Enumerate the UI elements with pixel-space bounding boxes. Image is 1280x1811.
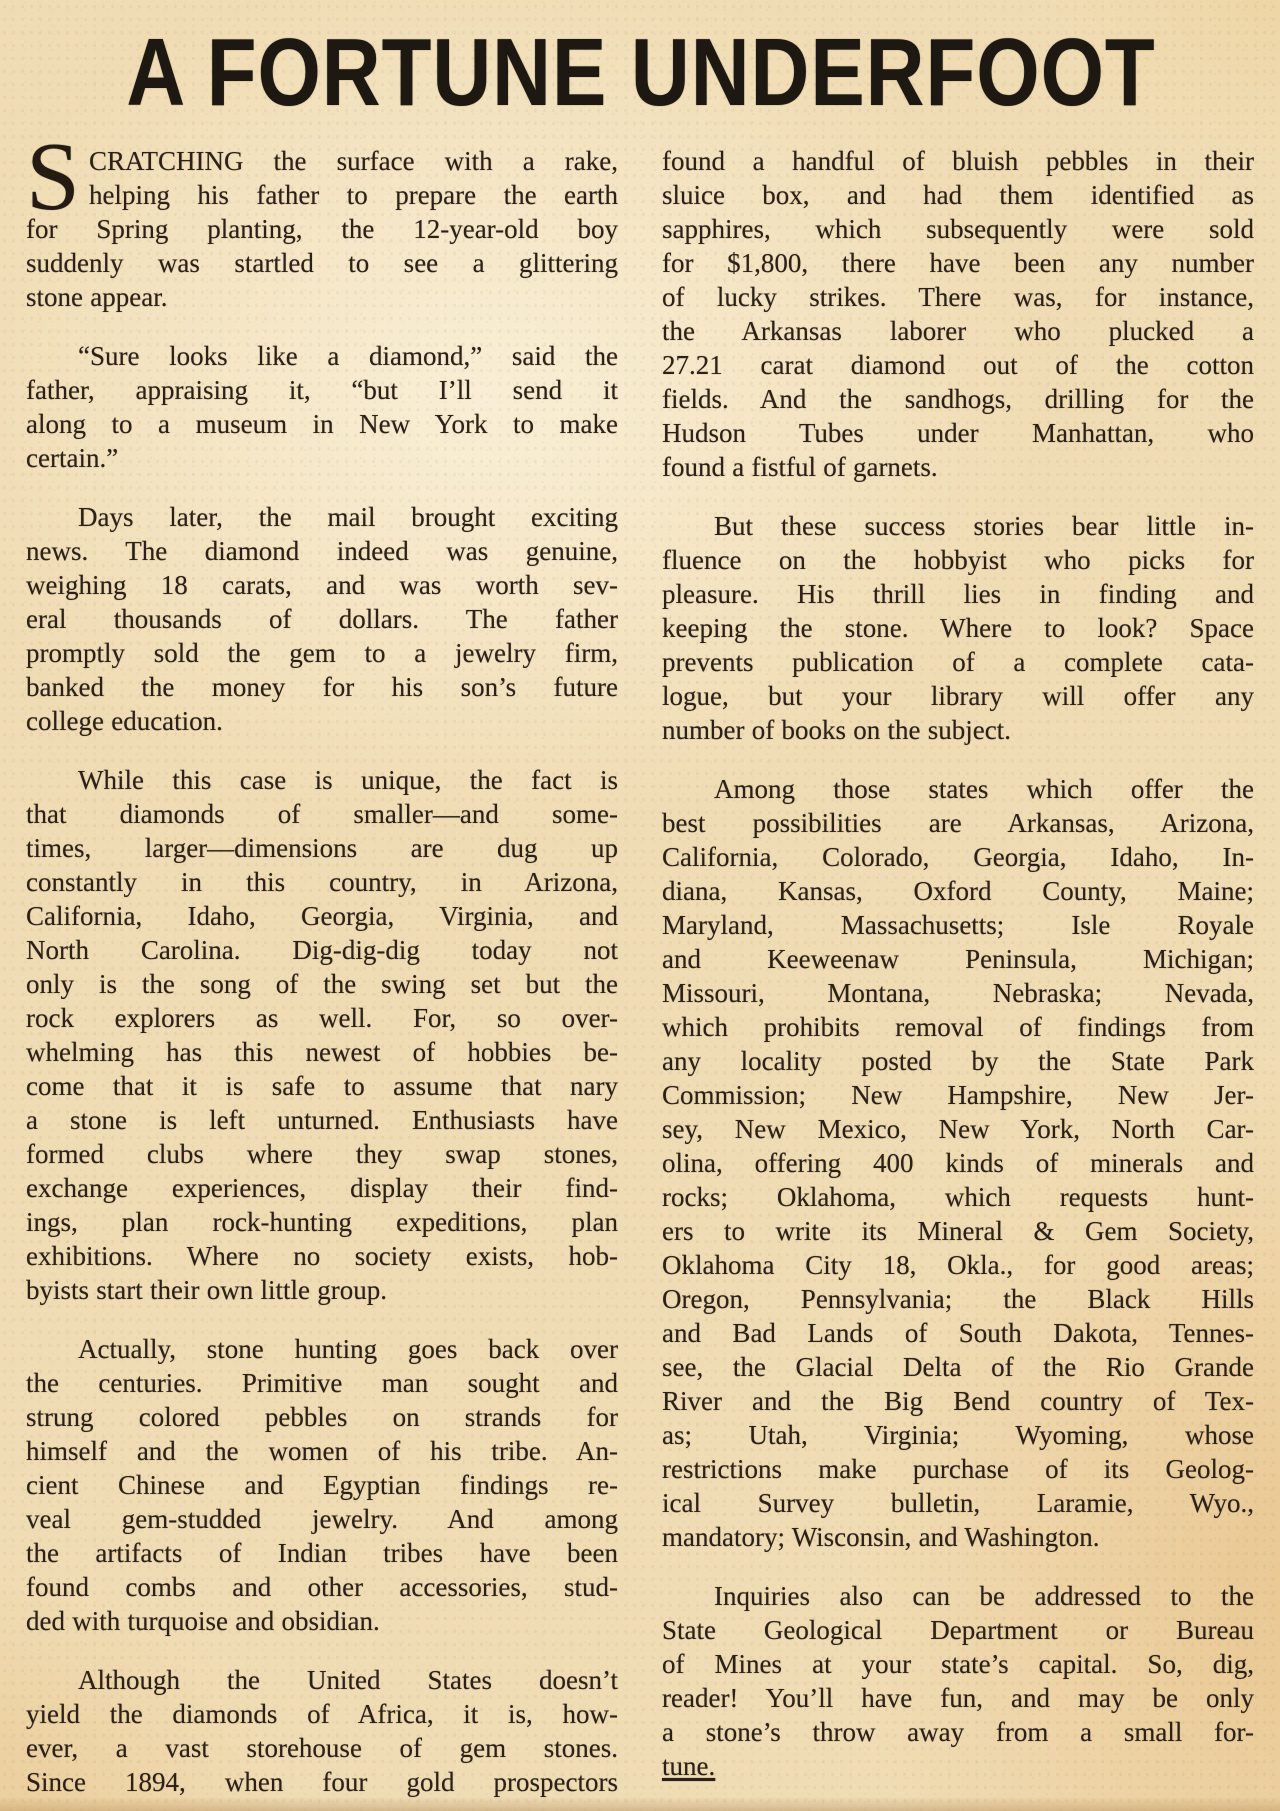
text-line: strung colored pebbles on strands for	[26, 1400, 618, 1434]
text-line: Among those states which offer the	[662, 772, 1254, 806]
paragraph-intro: S CRATCHING the surface with a rake, hel…	[26, 144, 618, 314]
magazine-page: A FORTUNE UNDERFOOT S CRATCHING the surf…	[0, 0, 1280, 1811]
text-line: veal gem-studded jewelry. And among	[26, 1502, 618, 1536]
text-line: of Mines at your state’s capital. So, di…	[662, 1647, 1254, 1681]
text-line: ever, a vast storehouse of gem stones.	[26, 1731, 618, 1765]
text-line: the centuries. Primitive man sought and	[26, 1366, 618, 1400]
text-line: Actually, stone hunting goes back over	[26, 1332, 618, 1366]
two-column-text: S CRATCHING the surface with a rake, hel…	[26, 144, 1256, 1799]
text-line: banked the money for his son’s future	[26, 670, 618, 704]
paragraph: Among those states which offer the best …	[662, 772, 1254, 1554]
text-line: for Spring planting, the 12-year-old boy	[26, 212, 618, 246]
dropcap-letter: S	[26, 148, 80, 212]
text-line: cient Chinese and Egyptian findings re-	[26, 1468, 618, 1502]
text-line: “Sure looks like a diamond,” said the	[26, 339, 618, 373]
text-line: certain.”	[26, 441, 618, 475]
text-line: of lucky strikes. There was, for instanc…	[662, 280, 1254, 314]
text-line: any locality posted by the State Park	[662, 1044, 1254, 1078]
text-line: keeping the stone. Where to look? Space	[662, 611, 1254, 645]
text-line: Although the United States doesn’t	[26, 1663, 618, 1697]
text-line: Days later, the mail brought exciting	[26, 500, 618, 534]
text-line: restrictions make purchase of its Geolog…	[662, 1452, 1254, 1486]
text-line: for $1,800, there have been any number	[662, 246, 1254, 280]
paragraph-closing: Inquiries also can be addressed to the S…	[662, 1579, 1254, 1783]
text-line: fields. And the sandhogs, drilling for t…	[662, 382, 1254, 416]
text-line: mandatory; Wisconsin, and Washington.	[662, 1520, 1254, 1554]
left-column: S CRATCHING the surface with a rake, hel…	[26, 144, 618, 1799]
paragraph: But these success stories bear little in…	[662, 509, 1254, 747]
text-line: Oklahoma City 18, Okla., for good areas;	[662, 1248, 1254, 1282]
text-line: sapphires, which subsequently were sold	[662, 212, 1254, 246]
text-line: suddenly was startled to see a glitterin…	[26, 246, 618, 280]
text-line: ers to write its Mineral & Gem Society,	[662, 1214, 1254, 1248]
text-line: prevents publication of a complete cata-	[662, 645, 1254, 679]
text-line: college education.	[26, 704, 618, 738]
text-line: the Arkansas laborer who plucked a	[662, 314, 1254, 348]
article-title: A FORTUNE UNDERFOOT	[44, 24, 1237, 120]
text-line: stone appear.	[26, 280, 618, 314]
text-line: pleasure. His thrill lies in finding and	[662, 577, 1254, 611]
text-line: Hudson Tubes under Manhattan, who	[662, 416, 1254, 450]
text-line: ical Survey bulletin, Laramie, Wyo.,	[662, 1486, 1254, 1520]
paragraph: While this case is unique, the fact is t…	[26, 763, 618, 1307]
text-line: sey, New Mexico, New York, North Car-	[662, 1112, 1254, 1146]
text-line: news. The diamond indeed was genuine,	[26, 534, 618, 568]
text-line: ded with turquoise and obsidian.	[26, 1604, 618, 1638]
text-line: found combs and other accessories, stud-	[26, 1570, 618, 1604]
text-line: constantly in this country, in Arizona,	[26, 865, 618, 899]
text-line: found a fistful of garnets.	[662, 450, 1254, 484]
text-line: whelming has this newest of hobbies be-	[26, 1035, 618, 1069]
text-line: Inquiries also can be addressed to the	[662, 1579, 1254, 1613]
text-line: a stone is left unturned. Enthusiasts ha…	[26, 1103, 618, 1137]
text-line: best possibilities are Arkansas, Arizona…	[662, 806, 1254, 840]
text-line: sluice box, and had them identified as	[662, 178, 1254, 212]
text-line: Missouri, Montana, Nebraska; Nevada,	[662, 976, 1254, 1010]
text-line: Oregon, Pennsylvania; the Black Hills	[662, 1282, 1254, 1316]
text-line: a stone’s throw away from a small for-	[662, 1715, 1254, 1749]
text-line: diana, Kansas, Oxford County, Maine;	[662, 874, 1254, 908]
text-line: himself and the women of his tribe. An-	[26, 1434, 618, 1468]
text-line: see, the Glacial Delta of the Rio Grande	[662, 1350, 1254, 1384]
paragraph: “Sure looks like a diamond,” said the fa…	[26, 339, 618, 475]
text-line: which prohibits removal of findings from	[662, 1010, 1254, 1044]
paragraph: Days later, the mail brought exciting ne…	[26, 500, 618, 738]
text-line: eral thousands of dollars. The father	[26, 602, 618, 636]
text-line: only is the song of the swing set but th…	[26, 967, 618, 1001]
text-line: tune.	[662, 1749, 1254, 1783]
text-line: formed clubs where they swap stones,	[26, 1137, 618, 1171]
text-line: River and the Big Bend country of Tex-	[662, 1384, 1254, 1418]
text-line: and Keeweenaw Peninsula, Michigan;	[662, 942, 1254, 976]
text-line: 27.21 carat diamond out of the cotton	[662, 348, 1254, 382]
text-line: Maryland, Massachusetts; Isle Royale	[662, 908, 1254, 942]
text-line: But these success stories bear little in…	[662, 509, 1254, 543]
text-line: olina, offering 400 kinds of minerals an…	[662, 1146, 1254, 1180]
text-line: as; Utah, Virginia; Wyoming, whose	[662, 1418, 1254, 1452]
text-line: promptly sold the gem to a jewelry firm,	[26, 636, 618, 670]
text-line: helping his father to prepare the earth	[26, 178, 618, 212]
text-line: number of books on the subject.	[662, 713, 1254, 747]
text-line: times, larger—dimensions are dug up	[26, 831, 618, 865]
text-line: reader! You’ll have fun, and may be only	[662, 1681, 1254, 1715]
paragraph-continuation: found a handful of bluish pebbles in the…	[662, 144, 1254, 484]
text-line: come that it is safe to assume that nary	[26, 1069, 618, 1103]
text-line: byists start their own little group.	[26, 1273, 618, 1307]
text-line: along to a museum in New York to make	[26, 407, 618, 441]
paragraph: Actually, stone hunting goes back over t…	[26, 1332, 618, 1638]
text-line: exchange experiences, display their find…	[26, 1171, 618, 1205]
paragraph: Although the United States doesn’t yield…	[26, 1663, 618, 1799]
text-line: rocks; Oklahoma, which requests hunt-	[662, 1180, 1254, 1214]
text-line: Since 1894, when four gold prospectors	[26, 1765, 618, 1799]
text-line: and Bad Lands of South Dakota, Tennes-	[662, 1316, 1254, 1350]
text-line: While this case is unique, the fact is	[26, 763, 618, 797]
text-line: ings, plan rock-hunting expeditions, pla…	[26, 1205, 618, 1239]
text-line: Commission; New Hampshire, New Jer-	[662, 1078, 1254, 1112]
right-column: found a handful of bluish pebbles in the…	[662, 144, 1254, 1799]
text-line: yield the diamonds of Africa, it is, how…	[26, 1697, 618, 1731]
text-line: weighing 18 carats, and was worth sev-	[26, 568, 618, 602]
text-line: North Carolina. Dig-dig-dig today not	[26, 933, 618, 967]
text-line: rock explorers as well. For, so over-	[26, 1001, 618, 1035]
text-line: State Geological Department or Bureau	[662, 1613, 1254, 1647]
text-line: found a handful of bluish pebbles in the…	[662, 144, 1254, 178]
text-line: fluence on the hobbyist who picks for	[662, 543, 1254, 577]
text-line: California, Idaho, Georgia, Virginia, an…	[26, 899, 618, 933]
text-line: that diamonds of smaller—and some-	[26, 797, 618, 831]
text-line: the artifacts of Indian tribes have been	[26, 1536, 618, 1570]
text-line: California, Colorado, Georgia, Idaho, In…	[662, 840, 1254, 874]
text-line: father, appraising it, “but I’ll send it	[26, 373, 618, 407]
text-line: CRATCHING the surface with a rake,	[26, 144, 618, 178]
text-line: logue, but your library will offer any	[662, 679, 1254, 713]
text-line: exhibitions. Where no society exists, ho…	[26, 1239, 618, 1273]
